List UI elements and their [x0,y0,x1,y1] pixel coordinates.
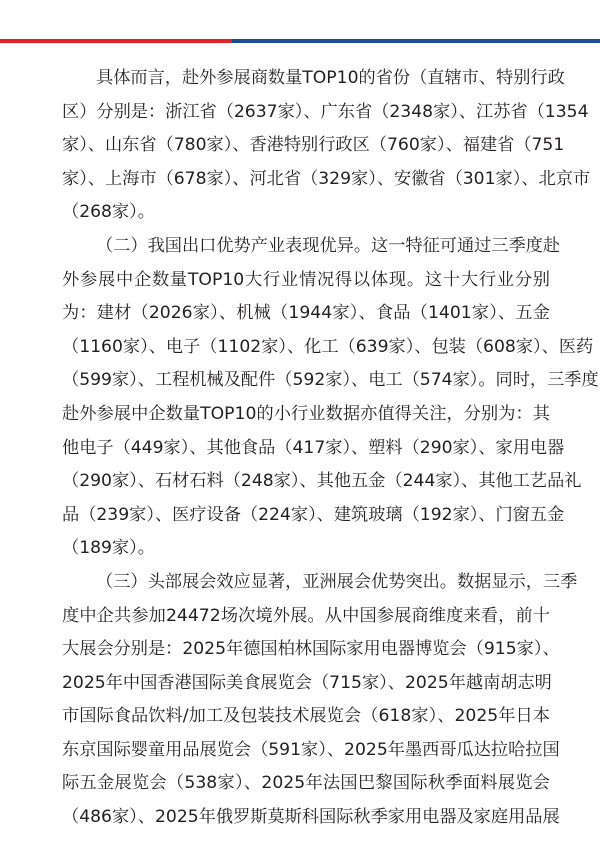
document-body: 具体而言，赴外参展商数量TOP10的省份（直辖市、特别行政 区）分别是：浙江省（… [62,62,550,835]
text-line: 市国际食品饮料/加工及包装技术展览会（618家）、2025年日本 [62,700,550,734]
text-line: （599家）、工程机械及配件（592家）、电工（574家）。同时，三季度 [62,364,550,398]
header-divider-bar [0,39,600,43]
text-line: 家）、上海市（678家）、河北省（329家）、安徽省（301家）、北京市 [62,163,550,197]
text-line: 区）分别是：浙江省（2637家）、广东省（2348家）、江苏省（1354 [62,96,550,130]
header-bar-blue-segment [232,39,600,43]
paragraph-provinces: 具体而言，赴外参展商数量TOP10的省份（直辖市、特别行政 区）分别是：浙江省（… [62,62,550,230]
text-line: 外参展中企数量TOP10大行业情况得以体现。这十大行业分别 [62,264,550,298]
text-line: （二）我国出口优势产业表现优异。这一特征可通过三季度赴 [62,230,550,264]
text-line: （189家）。 [62,532,550,566]
text-line: 2025年中国香港国际美食展览会（715家）、2025年越南胡志明 [62,667,550,701]
paragraph-industries: （二）我国出口优势产业表现优异。这一特征可通过三季度赴 外参展中企数量TOP10… [62,230,550,566]
text-line: 具体而言，赴外参展商数量TOP10的省份（直辖市、特别行政 [62,62,550,96]
text-line: （1160家）、电子（1102家）、化工（639家）、包装（608家）、医药 [62,331,550,365]
text-line: 赴外参展中企数量TOP10的小行业数据亦值得关注，分别为：其 [62,398,550,432]
text-line: （268家）。 [62,196,550,230]
text-line: （三）头部展会效应显著，亚洲展会优势突出。数据显示，三季 [62,566,550,600]
text-line: 为：建材（2026家）、机械（1944家）、食品（1401家）、五金 [62,297,550,331]
text-line: 际五金展览会（538家）、2025年法国巴黎国际秋季面料展览会 [62,767,550,801]
text-line: 品（239家）、医疗设备（224家）、建筑玻璃（192家）、门窗五金 [62,499,550,533]
text-line: （486家）、2025年俄罗斯莫斯科国际秋季家用电器及家庭用品展 [62,801,550,835]
text-line: 度中企共参加24472场次境外展。从中国参展商维度来看，前十 [62,600,550,634]
text-line: 大展会分别是：2025年德国柏林国际家用电器博览会（915家）、 [62,633,550,667]
paragraph-exhibitions: （三）头部展会效应显著，亚洲展会优势突出。数据显示，三季 度中企共参加24472… [62,566,550,835]
text-line: 东京国际婴童用品展览会（591家）、2025年墨西哥瓜达拉哈拉国 [62,734,550,768]
text-line: （290家）、石材石料（248家）、其他五金（244家）、其他工艺品礼 [62,465,550,499]
text-line: 他电子（449家）、其他食品（417家）、塑料（290家）、家用电器 [62,432,550,466]
text-line: 家）、山东省（780家）、香港特别行政区（760家）、福建省（751 [62,129,550,163]
header-bar-red-segment [0,39,232,43]
